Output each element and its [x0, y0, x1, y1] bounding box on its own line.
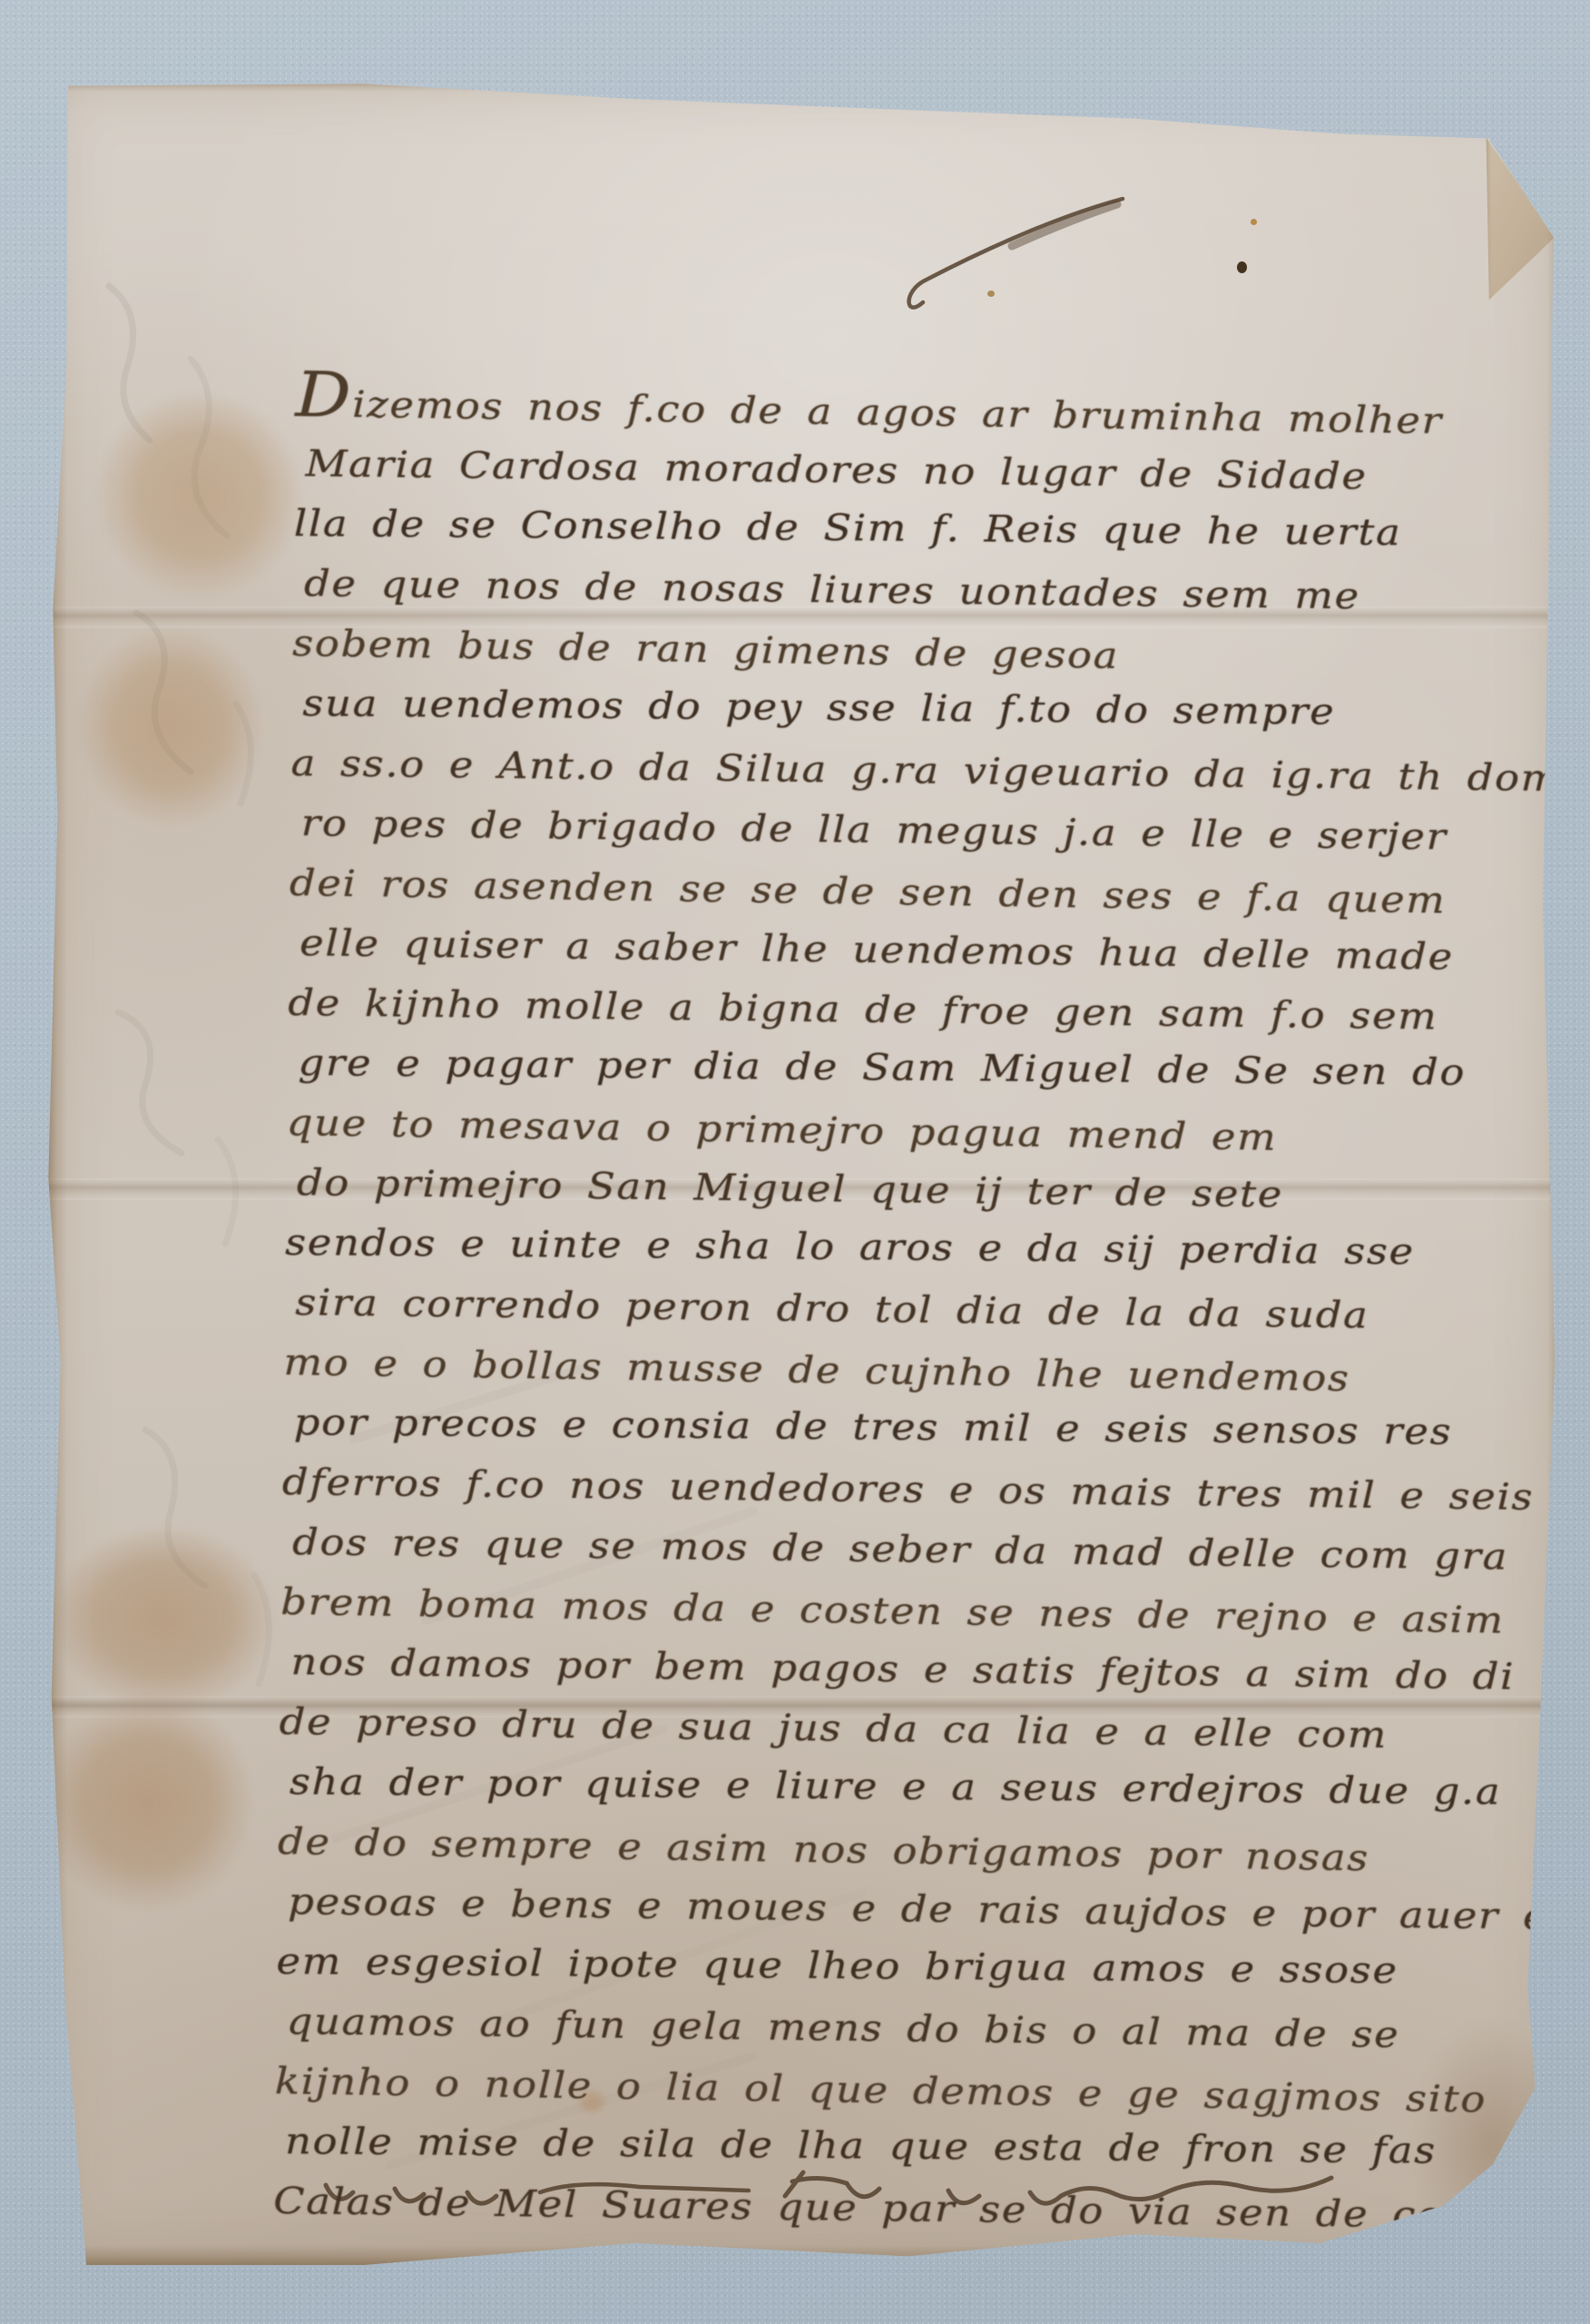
stain-lower-left-1: [50, 1525, 277, 1711]
manuscript-line: por precos e consia de tres mil e seis s…: [294, 1393, 1590, 1464]
manuscript-line: sua uendemos do pey sse lia f.to do semp…: [302, 674, 1590, 745]
manuscript-line: nolle mise de sila de lha que esta de fr…: [285, 2112, 1590, 2183]
photo-backdrop: { "photo": { "backdrop_color": "#b2c0cb"…: [0, 0, 1590, 2324]
stain-upper-left-1: [95, 390, 304, 599]
foxing-speck: [987, 290, 995, 297]
manuscript-line: lla de se Conselho de Sim f. Reis que he…: [294, 494, 1590, 566]
manuscript-text: Dizemos nos f.co de a agos ar bruminha m…: [266, 366, 1559, 2247]
dog-ear-fold: [1485, 134, 1557, 305]
stain-upper-left-2: [77, 626, 263, 826]
paper-edge-top: [45, 77, 1561, 92]
stain-lower-left-2: [41, 1693, 254, 1911]
manuscript-line: em esgesiol ipote que lheo brigua amos e…: [276, 1932, 1590, 2004]
paper-edge-bottom: [45, 2245, 1561, 2265]
manuscript-line: gre e pagar per dia de Sam Miguel de Se …: [298, 1033, 1590, 1105]
ink-speck: [1237, 261, 1247, 273]
paper-edge-left: [45, 77, 67, 2265]
manuscript-line: sendos e uinte e sha lo aros e da sij pe…: [285, 1213, 1590, 1285]
foxing-speck: [1251, 219, 1257, 225]
top-pen-mark: [903, 186, 1139, 322]
manuscript-line: Calas de Mel Suares que par se do via se…: [273, 2171, 1590, 2249]
manuscript-line: sha der por quise e liure e a seus erdej…: [290, 1752, 1590, 1824]
manuscript-paper: Dizemos nos f.co de a agos ar bruminha m…: [45, 77, 1561, 2265]
